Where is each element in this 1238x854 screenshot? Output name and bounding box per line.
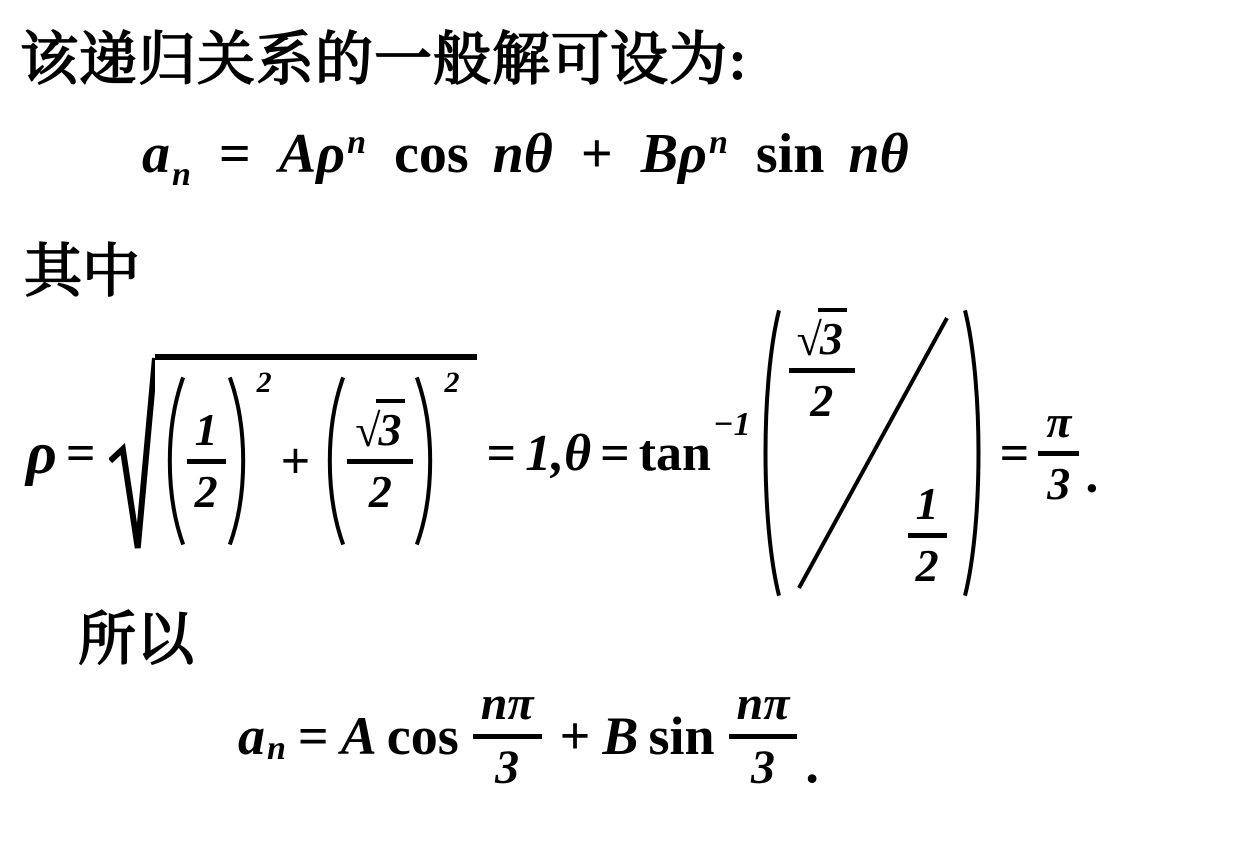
theta-symbol: θ <box>564 424 591 483</box>
denominator: 3 <box>473 734 542 793</box>
subscript-n: n <box>172 156 191 193</box>
left-paren-icon <box>159 374 187 548</box>
denominator: 2 <box>908 533 947 590</box>
exponent-2: 2 <box>257 366 272 400</box>
var-a: a <box>142 123 170 185</box>
right-paren-icon <box>413 374 441 548</box>
var-a: a <box>238 705 265 767</box>
fraction-sqrt3-over-2: √3 2 <box>347 407 413 516</box>
arg-n-theta: nθ <box>848 123 908 185</box>
radicand: 1 2 2 + √3 2 <box>155 354 478 552</box>
plus-sign: + <box>581 123 613 185</box>
cos-function: cos <box>394 123 469 185</box>
squared-term-sqrt3-over-2: √3 2 2 <box>319 374 459 548</box>
coef-B: B <box>641 123 678 185</box>
value-one-comma: 1, <box>525 424 564 483</box>
formula-final-solution: an = A cos nπ 3 + B sin nπ 3 . <box>238 680 819 793</box>
exponent-2: 2 <box>444 366 459 400</box>
equals-sign: = <box>600 424 630 483</box>
bevelled-fraction: √3 2 1 2 <box>783 306 961 600</box>
coef-A: A <box>279 123 316 185</box>
left-paren-icon <box>319 374 347 548</box>
subscript-n: n <box>267 730 286 768</box>
radical-sign: √ <box>355 405 380 456</box>
denominator: 2 <box>347 459 413 516</box>
math-slide: 该递归关系的一般解可设为: an = Aρn cos nθ + Bρn sin … <box>0 0 1238 854</box>
coef-A: A <box>341 705 377 767</box>
left-paren-icon <box>753 306 783 600</box>
arg-n-theta: nθ <box>493 123 553 185</box>
denominator: 3 <box>1038 451 1079 508</box>
period: . <box>1085 446 1098 505</box>
denominator: 2 <box>187 459 226 516</box>
radicand-3: 3 <box>376 399 405 455</box>
rho-symbol: ρ <box>678 123 707 185</box>
rho-symbol: ρ <box>26 419 57 488</box>
inverse-exponent: −1 <box>713 406 751 444</box>
therefore-label: 所以 <box>78 592 194 676</box>
cos-function: cos <box>387 705 459 767</box>
numerator: π <box>1038 399 1079 451</box>
radical-sign-icon <box>109 354 155 552</box>
sin-function: sin <box>648 705 714 767</box>
equals-sign: = <box>66 424 96 483</box>
coef-B: B <box>602 705 638 767</box>
exponent-n: n <box>347 124 366 161</box>
formula-rho-theta: ρ = 1 2 2 <box>26 296 1098 610</box>
right-paren-icon <box>961 306 991 600</box>
squared-term-one-half: 1 2 2 <box>159 374 272 548</box>
plus-sign: + <box>281 432 311 491</box>
equals-sign: = <box>486 424 516 483</box>
intro-text: 该递归关系的一般解可设为: <box>20 12 748 96</box>
arctan-argument: √3 2 1 2 <box>753 306 991 600</box>
formula-general-solution: an = Aρn cos nθ + Bρn sin nθ <box>142 122 909 186</box>
equals-sign: = <box>219 123 251 185</box>
plus-sign: + <box>560 705 591 767</box>
denominator: 3 <box>729 734 798 793</box>
numerator: nπ <box>729 680 798 734</box>
equals-sign: = <box>1000 424 1030 483</box>
fraction-npi-over-3: nπ 3 <box>473 680 542 793</box>
exponent-n: n <box>709 124 728 161</box>
numerator: √3 <box>347 407 413 459</box>
fraction-one-half: 1 2 <box>908 481 947 590</box>
equals-sign: = <box>298 705 329 767</box>
right-paren-icon <box>226 374 254 548</box>
period: . <box>805 733 819 795</box>
rho-symbol: ρ <box>316 123 345 185</box>
tan-function: tan <box>639 424 711 483</box>
fraction-one-half: 1 2 <box>187 407 226 516</box>
numerator: 1 <box>187 407 226 459</box>
numerator: 1 <box>908 481 947 533</box>
numerator: nπ <box>473 680 542 734</box>
square-root: 1 2 2 + √3 2 <box>109 354 478 552</box>
sin-function: sin <box>756 123 825 185</box>
fraction-npi-over-3: nπ 3 <box>729 680 798 793</box>
fraction-pi-over-3: π 3 <box>1038 399 1079 508</box>
